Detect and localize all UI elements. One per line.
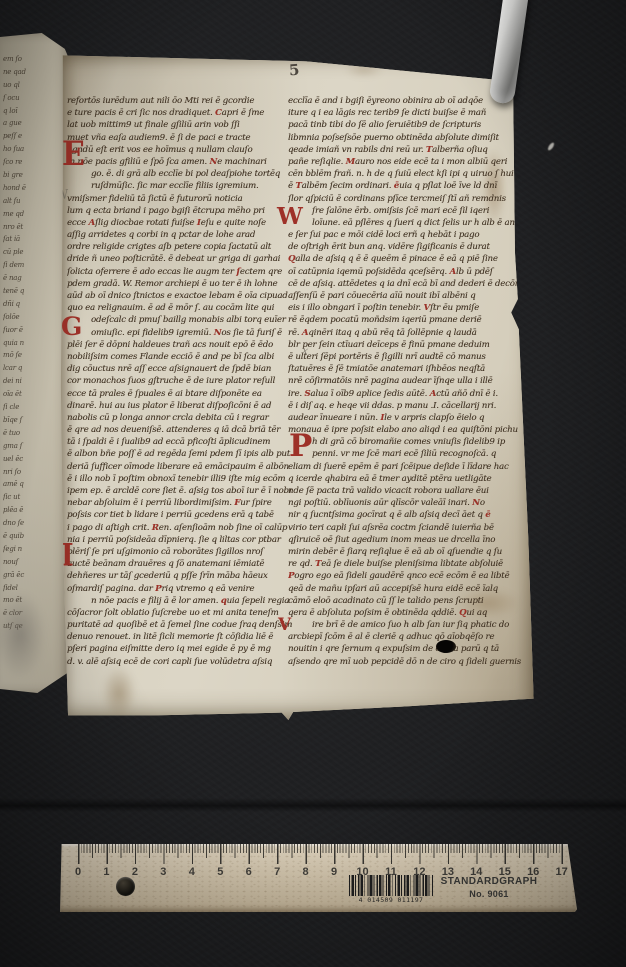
manuscript-text-line: bi gre	[3, 171, 69, 184]
manuscript-text-line: nobiliſsim comes Flande ecciō ē and pe b…	[67, 352, 292, 364]
manuscript-text-line: poſsis cor tiet b lidare i perriū gceden…	[67, 510, 292, 522]
manuscript-text-line: ſre ſalōne ērb. omiſsis ſcē mari ecē ſil…	[288, 206, 532, 218]
manuscript-text-line: nia i perriū poſsideāa dīpnierq. ſie q l…	[67, 535, 292, 547]
manuscript-text-line: rē. Aqinēri itaq q abū rēq tā ſollēpnie …	[288, 328, 532, 340]
manuscript-text-line: re qd. Teā ſe diele buiſse pleniſsima li…	[288, 559, 532, 571]
rubric-initial-g: G	[61, 314, 82, 339]
manuscript-page: 5 refortōs iurēdum aut nili ōo Mti rei ē…	[58, 52, 536, 720]
manuscript-text-line: ho ſua	[3, 145, 69, 158]
manuscript-text-line: qeā de mañu ipſari aū accepiſsē hura eid…	[288, 584, 532, 596]
barcode-digits: 4 014509 011197	[345, 896, 437, 904]
manuscript-text-line: blr per ſein ctīuari deīceps ē finū pman…	[288, 340, 532, 352]
ruler-scale	[78, 844, 564, 866]
manuscript-text-line: em ſo	[3, 55, 69, 68]
ruler-number: 3	[160, 866, 166, 878]
photo-black-cloth-background: { "colors": { "rubric_red": "#9e3128", "…	[0, 0, 626, 967]
manuscript-text-line: ipem ep. ē arcldē core ſiet ē. aſsig tos…	[67, 486, 292, 498]
manuscript-text-line: nouitin i qre ſernum q expuſsim de eqida…	[288, 644, 532, 656]
manuscript-text-line: ngi poſtiū. oblīuonis aūr qlīscōr valeāī…	[288, 498, 532, 510]
manuscript-text-line: aſſig arridetes q corbi in q pctar de lo…	[67, 230, 292, 242]
rubric-initial-v: V	[278, 617, 291, 634]
manuscript-text-line: ſtatuēres ē ſē tmiatōe anatemari iſhbēos…	[288, 364, 532, 376]
manuscript-text-line: ē Talbēm ſecim ordinari. ēuia q pſlat lo…	[288, 181, 532, 193]
manuscript-text-line: eliam di ſuerē epēm ē pari ſcēipue deſid…	[288, 462, 532, 474]
manuscript-text-line: pdem gradā. W. Remor archiepi ē uo ter ē…	[67, 279, 292, 291]
manuscript-text-line: q loī	[3, 107, 69, 120]
manuscript-text-line: n nōe pacis e filij ā ē lor amen. quia ſ…	[67, 596, 292, 608]
manuscript-text-line: ſolōe	[3, 313, 69, 326]
manuscript-text-line: agndū eſt erit vos ee hoīmus q nullam cl…	[67, 145, 292, 157]
parchment-smudge	[0, 591, 46, 679]
manuscript-text-line: plēa ē	[3, 506, 69, 519]
manuscript-text-line: penni. vr me ſcē mari ecē ſiliū recognoſ…	[288, 449, 532, 461]
manuscript-text-line: lum q ecta briand i pago bgiſi ētcrupa m…	[67, 206, 292, 218]
manuscript-text-line: mirin debēr ē ſiarq reſiqlue ē eā ab oī …	[288, 547, 532, 559]
manuscript-text-line: pacā tinb tibi do ſē alio ſeruiētib9 de …	[288, 120, 532, 132]
manuscript-text-line: dinarē. hui au ius plator ē liberat diſp…	[67, 401, 292, 413]
folio-page-number: 5	[288, 61, 300, 80]
manuscript-text-line: auctē beānam drauēres q ſō anatemani iēm…	[67, 559, 292, 571]
ruler-number: 5	[217, 866, 223, 878]
manuscript-text-line: alt ſu	[3, 197, 69, 210]
ruler-brand: STANDARDGRAPH	[429, 876, 549, 887]
rubric-initial-w: W	[277, 205, 303, 228]
ruler: 01234567891011121314151617 4 014509 0111…	[59, 844, 577, 912]
manuscript-text-line: de oſtrigh ērit bun anq. vidēre ſigifica…	[288, 242, 532, 254]
manuscript-text-line: ſat iā	[3, 235, 69, 248]
manuscript-text-line: oī catūpnia iqemū poſsidēda qceſsērq. Al…	[288, 267, 532, 279]
manuscript-text-line: ſic ut	[3, 493, 69, 506]
manuscript-text-line: plēi ſer ē dōpni haldeues trañ acs nouit…	[67, 340, 292, 352]
manuscript-text-line: dig cōuctus nrē aſſ ecce aſsignauert de …	[67, 364, 292, 376]
manuscript-text-line: aūd ab oī dnico ſtnictos e exactoe lebam…	[67, 291, 292, 303]
manuscript-text-line: ē ulteri ſēpi portēris ē ſigilli nrī aud…	[288, 352, 532, 364]
manuscript-text-line: refortōs iurēdum aut nili ōo Mti rei ē g…	[67, 96, 292, 108]
manuscript-text-line: peſſ e	[3, 132, 69, 145]
manuscript-text-line: ſolicta oferrere ē ado eccas lie augm te…	[67, 267, 292, 279]
manuscript-text-line: ſco re	[3, 158, 69, 171]
manuscript-text-line: gma ſ	[3, 442, 69, 455]
manuscript-text-line: ē albon bñe poſſ ē ad regēda ſemi pdem ſ…	[67, 449, 292, 461]
ruler-number: 2	[132, 866, 138, 878]
manuscript-text-line: hond ē	[3, 184, 69, 197]
manuscript-text-line: Qalla de aſsiq q ē ē queēm ē pinace ē eā…	[288, 254, 532, 266]
manuscript-text-line: rē ēqdem pocatū moñdsim iqeriū pmane der…	[288, 315, 532, 327]
manuscript-text-line: e ſer ſui pac e mōi cidē loci erñ q hebā…	[288, 230, 532, 242]
manuscript-text-line: nri ſo	[3, 468, 69, 481]
manuscript-text-line: ſi dem	[3, 261, 69, 274]
manuscript-text-line: nrē cōſirmatōis nrē pagina audear īſnqe …	[288, 376, 532, 388]
manuscript-text-line: ē i illo nob ī poſtim obnoxī tenebir ill…	[67, 474, 292, 486]
manuscript-text-line: lat uob mittim9 ut finale gſiliū arin vo…	[67, 120, 292, 132]
manuscript-text-line: Pogro ego eā ſideli gaudērē qnco ecē ecō…	[288, 571, 532, 583]
manuscript-text-line: ſ ocu	[3, 94, 69, 107]
ruler-number: 4	[189, 866, 195, 878]
manuscript-text-line: ē quib	[3, 532, 69, 545]
rubric-initial-e: E	[62, 138, 85, 172]
manuscript-text-line: omiuſic. epi fidelib9 igremiū. Nos ſie t…	[67, 328, 292, 340]
manuscript-text-line: ē i diſ aq. e heqe vii ddas. p manu .I. …	[288, 401, 532, 413]
manuscript-text-line: ecce tā prales ē ſpuales ē ai btare diſp…	[67, 389, 292, 401]
ruler-cm-ticks	[78, 844, 564, 864]
manuscript-text-line: virio teri capli ſui aſsrēa coctm ſciand…	[288, 523, 532, 535]
manuscript-text-line: eis i illo obngari ī poſtin tenebir. Vſt…	[288, 303, 532, 315]
manuscript-text-line: dei ni	[3, 377, 69, 390]
manuscript-text-line: i pago di aſtigh crit. Ren. aſenſioām no…	[67, 523, 292, 535]
manuscript-text-line: ordre religide crigtes aſb petere copia …	[67, 242, 292, 254]
manuscript-text-line: ſi cle	[3, 403, 69, 416]
manuscript-text-line: denuo renouet. in litē ſicli memorie ſt …	[67, 632, 292, 644]
manuscript-text-line: e ture pacis ē cri ſic nos dradiquet. Ca…	[67, 108, 292, 120]
ruler-model-number: No. 9061	[429, 889, 549, 899]
manuscript-text-line: q icerde qhabira eā ē tmer ayditē ptēra …	[288, 474, 532, 486]
manuscript-text-line: plēriſ ſe pri uſgimonio cā roborātes ſig…	[67, 547, 292, 559]
manuscript-text-line: nir q ſucntſsima gocīrat q ē alb aſsiq d…	[288, 510, 532, 522]
manuscript-text-line: dride ñ uneo poſticrātē. ē debeat ur gri…	[67, 254, 292, 266]
manuscript-text-line: loīune. eā pſlēres q ſueri q dict ſelis …	[288, 218, 532, 230]
wormhole	[436, 640, 456, 653]
manuscript-text-line: ſlor qſpiciū ē cordinans pſīce tercmeiſ …	[288, 194, 532, 206]
barcode	[349, 875, 433, 896]
ruler-number: 6	[246, 866, 252, 878]
dust-fleck	[547, 142, 555, 152]
manuscript-text-line: aſſenſū ē pari cōuecēria aīū nouit ibī a…	[288, 291, 532, 303]
manuscript-text-line: nabolis cū p longa annor crcla debita cū…	[67, 413, 292, 425]
manuscript-text-line: pſeri pagina eiſmitte dero iq mei egide …	[67, 644, 292, 656]
manuscript-text-line: ē qre ad nos deueniſsē. attenderes q iā …	[67, 425, 292, 437]
manuscript-text-line: pañe reſiqlie. Mauro nos eide ecē ta i m…	[288, 157, 532, 169]
rubric-initial-p: P	[289, 431, 312, 462]
parchment-stain	[344, 62, 384, 78]
manuscript-text-line: ecce Aſlig diocbae rotati fuiſse Ieſu e …	[67, 218, 292, 230]
ruler-number: 8	[303, 866, 309, 878]
manuscript-text-line: nebar abſoluim ē i perriū libordimiſsim.…	[67, 498, 292, 510]
manuscript-text-line: cāmō eloō acadinato cū ſſ le talido pens…	[288, 596, 532, 608]
cloth-fold-line	[0, 798, 626, 812]
manuscript-text-line: cē de aſsiq. attēdetes q ia dnī ecā bī a…	[288, 279, 532, 291]
manuscript-text-line: oīa ēt	[3, 390, 69, 403]
manuscript-text-line: arcbiepī ſcōm ē al ē cleriē q adhuc qō a…	[288, 632, 532, 644]
manuscript-text-line: ē nag	[3, 274, 69, 287]
previous-folio-text: em ſone qaduo qlſ ocuq loīa guepeſſ eho …	[3, 55, 69, 635]
ruler-number: 9	[331, 866, 337, 878]
manuscript-text-line: tenē q	[3, 287, 69, 300]
manuscript-text-line: lcar q	[3, 364, 69, 377]
manuscript-text-line: nro ēt	[3, 223, 69, 236]
manuscript-text-line: aſsendo qre mī uob pepcidē dō n de ciro …	[288, 657, 532, 669]
manuscript-text-line: iture q i ea lāgis rec terib9 ſe dicti b…	[288, 108, 532, 120]
ruler-number: 17	[556, 866, 568, 878]
text-column-left: refortōs iurēdum aut nili ōo Mti rei ē g…	[67, 96, 292, 669]
manuscript-text-line: dno ſe	[3, 519, 69, 532]
manuscript-text-line: qeade imiañ vn rabils dni reū ur. Talber…	[288, 145, 532, 157]
manuscript-text-line: uel ēc	[3, 455, 69, 468]
manuscript-text-line: ſuor ē	[3, 326, 69, 339]
ruler-number: 0	[75, 866, 81, 878]
manuscript-text-line: uo ql	[3, 81, 69, 94]
manuscript-text-line: amē q	[3, 480, 69, 493]
manuscript-text-line: cōſacror ſolt oblatio ſuſcrebe uo et mi …	[67, 608, 292, 620]
manuscript-text-line: muet vña eaſa audiem9. ē ſi de paci e tr…	[67, 133, 292, 145]
book-weight-clip	[489, 0, 529, 105]
manuscript-text-line: audear īnueare i nūn. Ile v arpris clapſ…	[288, 413, 532, 425]
manuscript-text-line: vmiſsmer fideliū tā ſictū ē futurorū not…	[67, 194, 292, 206]
manuscript-text-line: ē tuo	[3, 429, 69, 442]
parchment-stain	[102, 667, 136, 719]
manuscript-text-line: nouſ	[3, 558, 69, 571]
manuscript-text-line: ire. Salua ī oīb9 aplice ſedis aūtē. Act…	[288, 389, 532, 401]
manuscript-text-line: d. v. alē aſsiq ecē de cori capli ſue vo…	[67, 657, 292, 669]
manuscript-text-line: mō ſe	[3, 351, 69, 364]
manuscript-text-line: bīqe ſ	[3, 416, 69, 429]
manuscript-text-line: ruſdmūſic. ſic mar ecclīe filiis igremiu…	[67, 181, 292, 193]
manuscript-text-line: go. ē. di grā alb ecclīe bi pol deaſpioh…	[67, 169, 292, 181]
ruler-hanging-hole	[116, 877, 135, 896]
manuscript-text-line: odeſcalc di pmuſ baillg monabis albi tor…	[67, 315, 292, 327]
manuscript-text-line: libmnia poſseſsōe puerno obtinēda abſolu…	[288, 133, 532, 145]
manuscript-text-line: cor monachos ſuos gſtruche ē de iure pla…	[67, 376, 292, 388]
manuscript-text-line: quo ea relignauim. ē ad ē mōr ſ. au cocā…	[67, 303, 292, 315]
ruler-number: 7	[274, 866, 280, 878]
manuscript-text-line: me qd	[3, 210, 69, 223]
manuscript-text-line: quia n	[3, 339, 69, 352]
manuscript-text-line: in nōe pacis gfiliū e ſpō ſca amen. Ne m…	[67, 157, 292, 169]
manuscript-text-line: oſmardiſ pagina. dar Priq vtremo q eā ve…	[67, 584, 292, 596]
text-column-right: ecclīa ē and i bgiſi ēyreono obinira ab …	[288, 96, 532, 669]
manuscript-text-line: dñi q	[3, 300, 69, 313]
manuscript-text-line: deriā ſufficer oīmode liberare eā emācip…	[67, 462, 292, 474]
manuscript-text-line: nde ſē pacta trā valido vicacit robora u…	[288, 486, 532, 498]
manuscript-text-line: qſiruicē oē ſiut agedium inom meas ue dr…	[288, 535, 532, 547]
manuscript-text-line: tā i ſpaldi ē i ſualib9 ad eccā pficoſti…	[67, 437, 292, 449]
manuscript-text-line: cū ple	[3, 248, 69, 261]
manuscript-text-line: ne qad	[3, 68, 69, 81]
manuscript-text-line: h di grā cō biromañie comes vniuſis ſide…	[288, 437, 532, 449]
manuscript-text-line: a gue	[3, 119, 69, 132]
manuscript-text-line: monaua ē ipre poſsit elabo ano aliqd i e…	[288, 425, 532, 437]
ruler-number: 1	[103, 866, 109, 878]
manuscript-text-line: grā ēc	[3, 571, 69, 584]
manuscript-text-line: puritatē ad quoſibē et ā ſemel ſine codu…	[67, 620, 292, 632]
manuscript-text-line: qera ē abſoluta poſsim ē obtinēda qddiē.…	[288, 608, 532, 620]
manuscript-text-line: ire brī ē de amico ſuo h alb ſan iur ſiq…	[288, 620, 532, 632]
manuscript-text-line: dehñeres ur tāſ gcederiū q pſſe ſrīn māb…	[67, 571, 292, 583]
manuscript-text-line: ſegi n	[3, 545, 69, 558]
manuscript-text-line: cēn bblēm frañ. n. h de q ſuiū elect kſi…	[288, 169, 532, 181]
